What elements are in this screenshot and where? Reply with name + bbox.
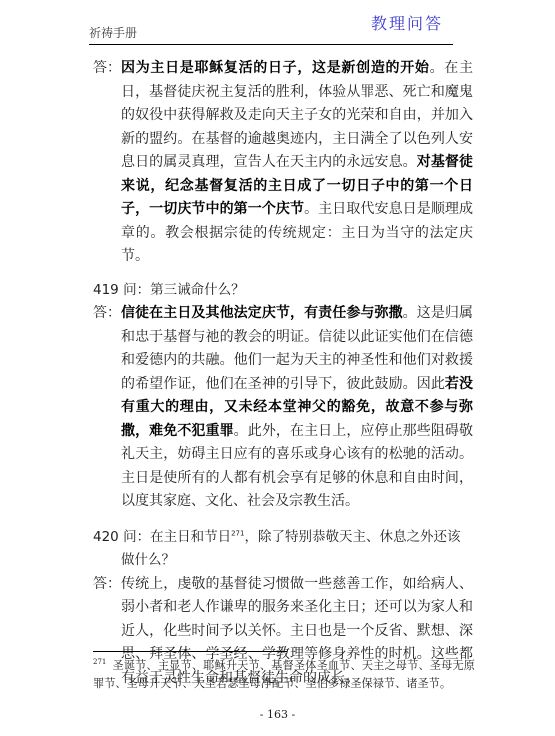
- question-label: 问：: [123, 529, 150, 545]
- footnote-number: 271: [93, 658, 106, 666]
- answer-emphasis: 因为主日是耶稣复活的日子，这是新创造的开始: [121, 60, 430, 76]
- answer-label: 答：: [93, 573, 121, 597]
- section-title: 教理问答: [371, 11, 443, 34]
- book-title: 祈祷手册: [89, 24, 137, 41]
- question-number: 420: [93, 529, 119, 545]
- answer-emphasis: 信徒在主日及其他法定庆节，有责任参与弥撒: [121, 305, 403, 321]
- page-number: - 163 -: [0, 708, 555, 721]
- answer-label: 答：: [93, 57, 121, 81]
- answer-label: 答：: [93, 302, 121, 326]
- answer-419: 答：信徒在主日及其他法定庆节，有责任参与弥撒。这是归属和忠于基督与祂的教会的明证…: [93, 302, 473, 514]
- question-label: 问：: [123, 282, 150, 298]
- qa-418-answer-block: 答：因为主日是耶稣复活的日子，这是新创造的开始。在主日，基督徒庆祝主复活的胜利，…: [93, 57, 473, 269]
- question-number: 419: [93, 282, 119, 298]
- question-text: 第三诫命什么？: [150, 282, 245, 298]
- question-420: 420 问：在主日和节日271，除了特别恭敬天主、休息之外还该做什么？: [93, 526, 473, 573]
- page-header: 祈祷手册 教理问答: [89, 8, 453, 45]
- footnote-divider: [93, 651, 287, 652]
- footnote-text: 圣诞节、主显节、耶稣升天节、基督圣体圣血节、天主之母节、圣母无原罪节、圣母升天节…: [93, 659, 475, 690]
- qa-419-block: 419 问：第三诫命什么？ 答：信徒在主日及其他法定庆节，有责任参与弥撒。这是归…: [93, 279, 473, 514]
- footnote-271: 271圣诞节、主显节、耶稣升天节、基督圣体圣血节、天主之母节、圣母无原罪节、圣母…: [93, 657, 475, 693]
- footnote-reference-link[interactable]: 271: [231, 529, 244, 537]
- question-419: 419 问：第三诫命什么？: [93, 279, 473, 303]
- page-body: 答：因为主日是耶稣复活的日子，这是新创造的开始。在主日，基督徒庆祝主复活的胜利，…: [93, 57, 473, 690]
- answer-418: 答：因为主日是耶稣复活的日子，这是新创造的开始。在主日，基督徒庆祝主复活的胜利，…: [93, 57, 473, 269]
- question-text: 在主日和节日: [150, 529, 231, 545]
